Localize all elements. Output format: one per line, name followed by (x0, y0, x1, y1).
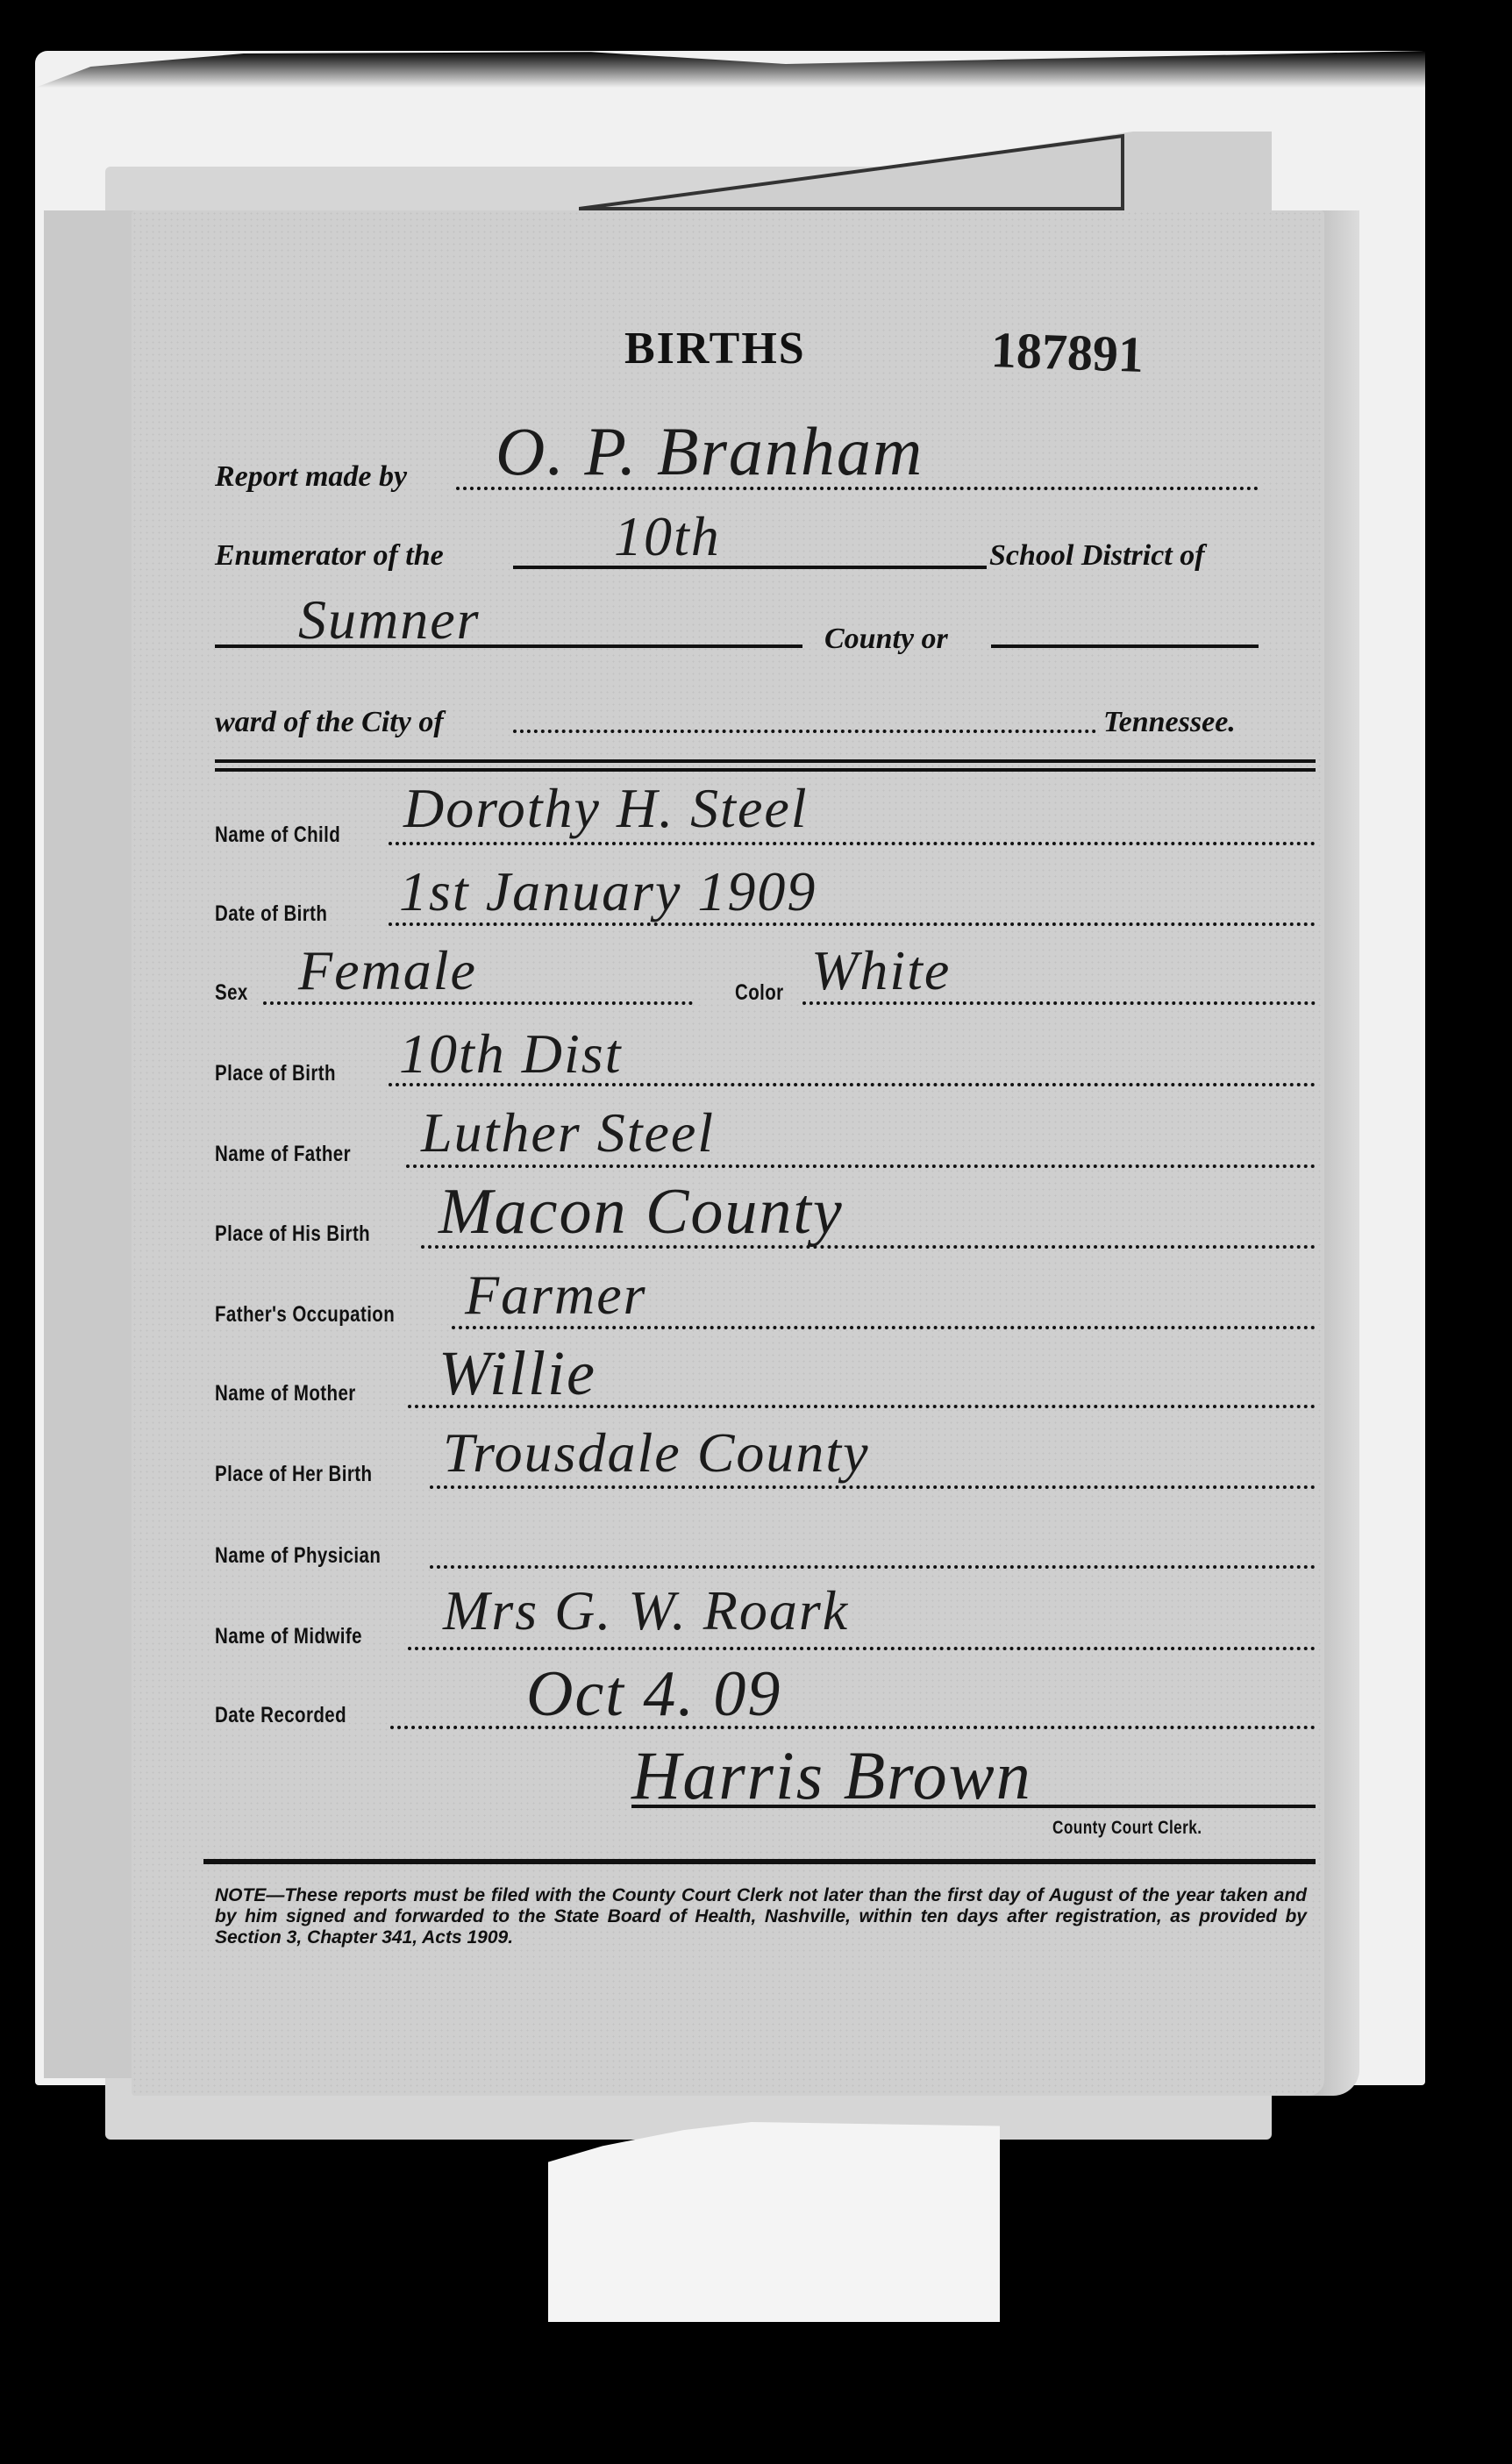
tennessee-label: Tennessee. (1103, 706, 1236, 739)
clerk-signature: Harris Brown (631, 1736, 1032, 1815)
fathers-occupation-label: Father's Occupation (215, 1302, 395, 1328)
name-of-mother-label: Name of Mother (215, 1381, 356, 1406)
serial-number: 187891 (990, 320, 1145, 384)
name-of-father-value: Luther Steel (421, 1100, 715, 1165)
enumerator-value: 10th (614, 504, 721, 569)
date-recorded-value: Oct 4. 09 (526, 1657, 781, 1732)
torn-edge (35, 35, 1425, 88)
name-of-midwife-line (408, 1647, 1316, 1650)
ward-label: ward of the City of (215, 706, 444, 739)
place-of-birth-value: 10th Dist (399, 1022, 622, 1086)
place-of-his-birth-label: Place of His Birth (215, 1221, 370, 1247)
date-of-birth-value: 1st January 1909 (399, 859, 817, 924)
place-of-her-birth-value: Trousdale County (443, 1421, 870, 1485)
school-district-label: School District of (989, 539, 1205, 573)
sex-value: Female (298, 938, 477, 1003)
enumerator-label: Enumerator of the (215, 539, 444, 573)
report-made-by-label: Report made by (215, 460, 407, 494)
name-of-mother-value: Willie (439, 1337, 596, 1410)
white-slip (548, 2122, 1000, 2322)
name-of-child-label: Name of Child (215, 823, 340, 848)
name-of-midwife-value: Mrs G. W. Roark (443, 1578, 849, 1643)
color-label: Color (735, 980, 784, 1006)
ward-line (513, 730, 1096, 733)
county-or-label: County or (824, 623, 948, 656)
name-of-physician-label: Name of Physician (215, 1543, 381, 1569)
place-of-her-birth-label: Place of Her Birth (215, 1462, 372, 1487)
report-made-by-value: O. P. Branham (496, 412, 924, 491)
filing-note: NOTE—These reports must be filed with th… (215, 1885, 1307, 1948)
folded-tab-outline (579, 132, 1272, 210)
place-of-birth-label: Place of Birth (215, 1061, 336, 1086)
county-or-line (991, 644, 1259, 648)
note-divider (203, 1859, 1316, 1864)
sex-label: Sex (215, 980, 248, 1006)
name-of-child-value: Dorothy H. Steel (403, 776, 809, 841)
document-title: BIRTHS (624, 323, 806, 374)
name-of-father-label: Name of Father (215, 1142, 351, 1167)
name-of-child-line (389, 842, 1316, 845)
name-of-midwife-label: Name of Midwife (215, 1624, 362, 1649)
enumerator-line (513, 566, 987, 569)
name-of-physician-line (430, 1565, 1316, 1569)
date-of-birth-label: Date of Birth (215, 901, 327, 927)
county-value: Sumner (298, 588, 481, 652)
date-recorded-label: Date Recorded (215, 1703, 346, 1728)
color-value: White (811, 938, 951, 1003)
place-of-his-birth-value: Macon County (439, 1175, 844, 1250)
double-rule-bottom (215, 768, 1316, 772)
place-of-her-birth-line (430, 1485, 1316, 1489)
county-court-clerk-label: County Court Clerk. (1052, 1818, 1202, 1839)
double-rule-top (215, 759, 1316, 763)
fathers-occupation-value: Farmer (465, 1263, 647, 1328)
